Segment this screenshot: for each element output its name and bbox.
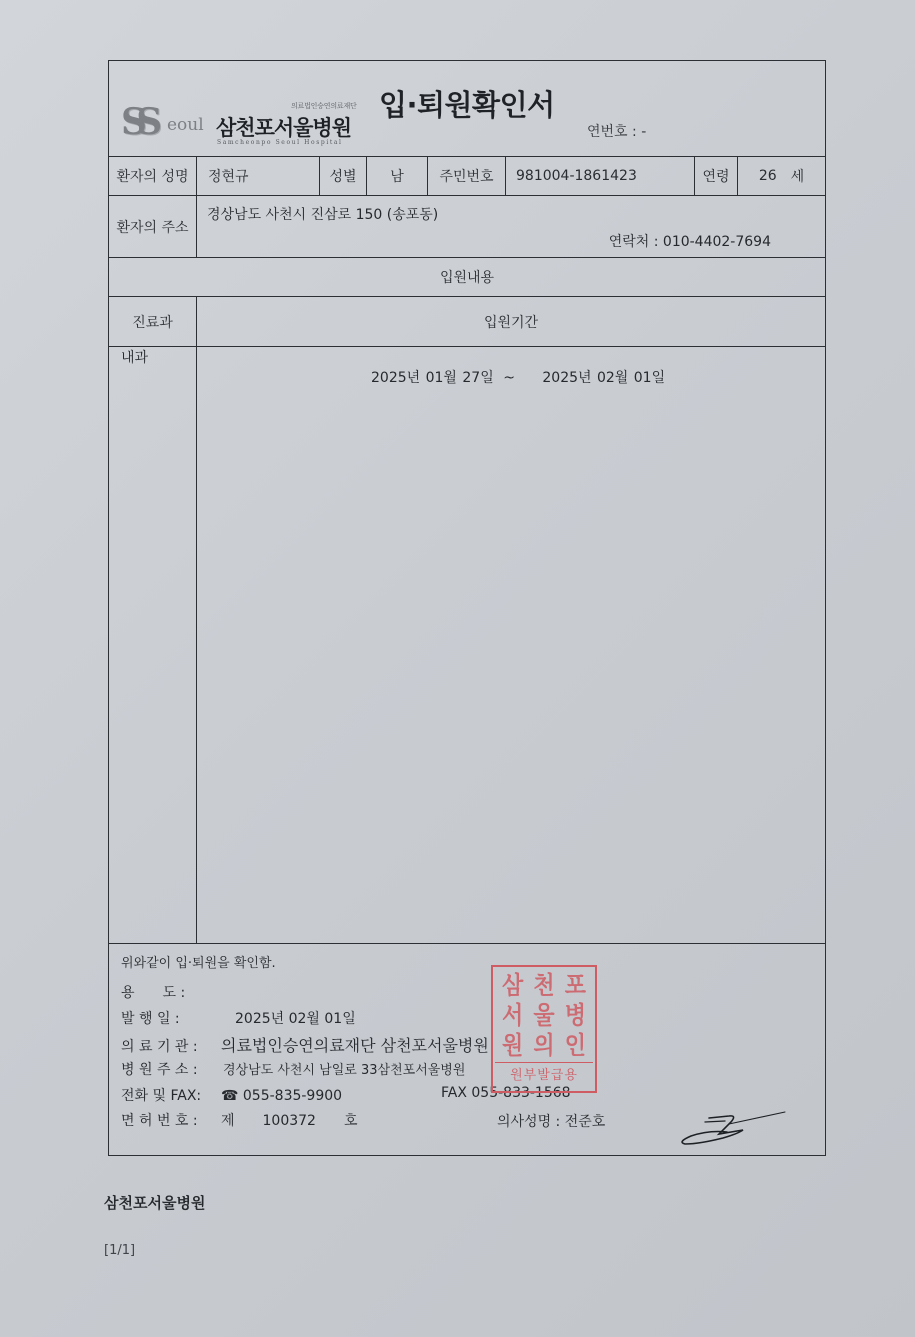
seal-char: 천 xyxy=(528,970,559,1003)
phone-value: ☎ 055-835-9900 xyxy=(221,1088,342,1104)
seal-char: 인 xyxy=(560,1030,591,1063)
logo-english-name: Samcheonpo Seoul Hospital xyxy=(217,139,343,146)
period-header: 입원기간 xyxy=(196,297,825,346)
confirmation-text: 위와같이 입·퇴원을 확인함. xyxy=(121,952,276,971)
patient-contact: 연락처 : 010-4402-7694 xyxy=(609,231,771,251)
dept-header: 진료과 xyxy=(109,297,196,346)
document-title: 입·퇴원확인서 xyxy=(379,83,555,124)
hospital-logo: SS eoul 의료법인승연의료재단 삼천포서울병원 Samcheonpo Se… xyxy=(121,97,361,147)
department: 내과 xyxy=(121,347,148,367)
phone-row: 전화 및 FAX: ☎ 055-835-9900 xyxy=(121,1085,342,1105)
seal-char: 울 xyxy=(528,1000,559,1033)
logo-hospital-name: 삼천포서울병원 xyxy=(216,112,351,142)
patient-age-cell: 26 세 xyxy=(737,156,825,195)
patient-info-row: 환자의 성명 정현규 성별 남 주민번호 981004-1861423 연령 2… xyxy=(109,156,825,196)
seal-caption: 원부발급용 xyxy=(495,1062,593,1089)
patient-name: 정현규 xyxy=(196,156,319,195)
patient-address: 경상남도 사천시 진삼로 150 (송포동) xyxy=(207,204,438,224)
seal-char: 포 xyxy=(560,970,591,1003)
doctor-name: 의사성명 : 전준호 xyxy=(497,1111,605,1131)
doctor-signature-icon xyxy=(679,1106,789,1152)
patient-sex: 남 xyxy=(366,156,427,195)
admission-start: 2025년 01월 27일 xyxy=(371,370,494,386)
logo-foundation: 의료법인승연의료재단 xyxy=(291,101,357,111)
address-row: 환자의 주소 경상남도 사천시 진삼로 150 (송포동) 연락처 : 010-… xyxy=(109,196,825,258)
issue-date-row: 발 행 일 : 2025년 02월 01일 xyxy=(121,1008,356,1028)
seal-char: 서 xyxy=(497,1000,528,1033)
period-cell xyxy=(196,347,825,943)
institution-label: 의 료 기 관 : xyxy=(121,1036,221,1056)
admission-section-title: 입원내용 xyxy=(109,258,825,296)
admission-end: 2025년 02월 01일 xyxy=(542,370,665,386)
purpose-label: 용 도 : xyxy=(121,982,221,1002)
license-row: 면 허 번 호 : 제 100372 호 xyxy=(121,1110,358,1130)
hospital-address-label: 병 원 주 소 : xyxy=(121,1059,221,1079)
certificate-form: SS eoul 의료법인승연의료재단 삼천포서울병원 Samcheonpo Se… xyxy=(108,60,826,1156)
purpose-row: 용 도 : xyxy=(121,982,221,1002)
license-label: 면 허 번 호 : xyxy=(121,1110,221,1130)
age-unit: 세 xyxy=(791,166,805,186)
hospital-address-value: 경상남도 사천시 남일로 33삼천포서울병원 xyxy=(221,1059,465,1078)
admission-header-row: 진료과 입원기간 xyxy=(109,297,825,347)
seal-characters: 삼천포서울병원의인 xyxy=(497,971,591,1061)
phone-label: 전화 및 FAX: xyxy=(121,1085,221,1105)
seal-char: 원 xyxy=(497,1030,528,1063)
admission-section-row: 입원내용 xyxy=(109,258,825,297)
address-label: 환자의 주소 xyxy=(109,196,196,257)
institution-row: 의 료 기 관 : 의료법인승연의료재단 삼천포서울병원 xyxy=(121,1033,489,1056)
hospital-seal-icon: 삼천포서울병원의인 원부발급용 xyxy=(491,965,597,1093)
logo-mark-suffix: eoul xyxy=(167,115,204,135)
license-value: 제 100372 호 xyxy=(221,1110,358,1130)
admission-period: 2025년 01월 27일 ~ 2025년 02월 01일 xyxy=(371,367,665,387)
patient-age: 26 xyxy=(759,168,777,184)
seal-char: 병 xyxy=(560,1000,591,1033)
institution-value: 의료법인승연의료재단 삼천포서울병원 xyxy=(221,1033,489,1056)
issue-date-value: 2025년 02월 01일 xyxy=(221,1008,356,1028)
name-label: 환자의 성명 xyxy=(109,156,196,195)
sex-label: 성별 xyxy=(319,156,366,195)
patient-rrn: 981004-1861423 xyxy=(505,156,694,195)
footer-organization: 삼천포서울병원 xyxy=(104,1192,205,1213)
period-separator: ~ xyxy=(503,370,515,386)
issue-date-label: 발 행 일 : xyxy=(121,1008,221,1028)
age-label: 연령 xyxy=(694,156,737,195)
page-number: [1/1] xyxy=(104,1243,135,1258)
rrn-label: 주민번호 xyxy=(427,156,505,195)
serial-number: 연번호 : - xyxy=(587,121,646,141)
seal-char: 삼 xyxy=(497,970,528,1003)
form-header: SS eoul 의료법인승연의료재단 삼천포서울병원 Samcheonpo Se… xyxy=(109,61,825,157)
certification-footer: 위와같이 입·퇴원을 확인함. 용 도 : 발 행 일 : 2025년 02월 … xyxy=(109,944,825,1155)
admission-content-row: 내과 2025년 01월 27일 ~ 2025년 02월 01일 xyxy=(109,347,825,944)
hospital-address-row: 병 원 주 소 : 경상남도 사천시 남일로 33삼천포서울병원 xyxy=(121,1059,465,1079)
logo-mark-icon: SS xyxy=(121,101,152,143)
seal-char: 의 xyxy=(528,1030,559,1063)
